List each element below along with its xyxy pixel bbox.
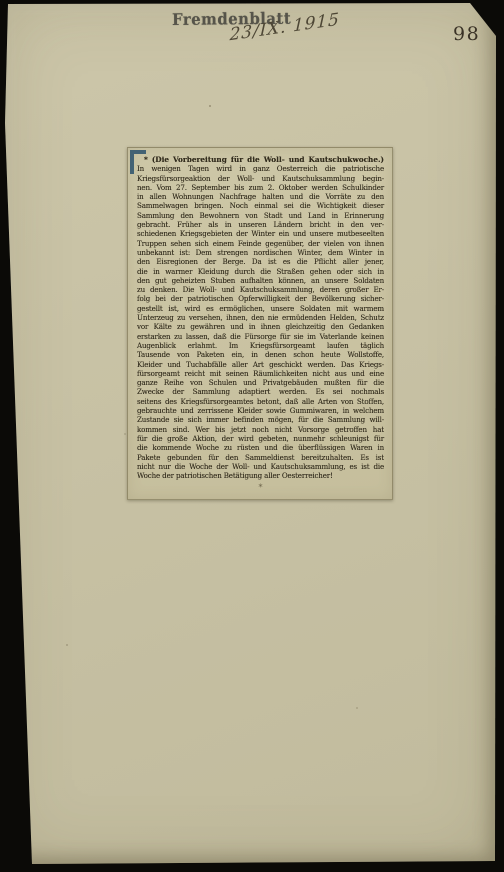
clipping-line: Truppen sehen sich einem Feinde gegenübe… [137,239,384,248]
clipping-line: kommen sind. Wer bis jetzt noch nicht Vo… [137,425,384,434]
separator-asterisk: * [137,483,384,492]
clipping-line: unbekannt ist: Dem strengen nordischen W… [137,248,384,257]
clipping-line: vor Kälte zu gewähren und in ihnen gleic… [137,322,384,331]
clipping-line: zu denken. Die Woll- und Kautschuksammlu… [137,285,384,294]
clipping-line: Sammelwagen bringen. Noch einmal sei die… [137,201,384,210]
clipping-line: die in warmer Kleidung durch die Straßen… [137,267,384,276]
clipping-line: Woche der patriotischen Betätigung aller… [137,471,384,480]
clipping-line: nen. Vom 27. September bis zum 2. Oktobe… [137,183,384,192]
clipping-line: nicht nur die Woche der Woll- und Kautsc… [137,462,384,471]
clipping-line: seitens des Kriegsfürsorgeamtes betont, … [137,397,384,406]
clipping-heading: * (Die Vorbereitung für die Woll- und Ka… [137,155,384,164]
clipping-line: in allen Wohnungen Nachfrage halten und … [137,192,384,201]
clipping-line: den Eisregionen der Berge. Da ist es die… [137,257,384,266]
clipping-line: ganze Reihe von Schulen und Privatgebäud… [137,378,384,387]
clipping-line: Sammlung den Bewohnern von Stadt und Lan… [137,211,384,220]
clipping-line: Unterzeug zu versehen, ihnen, den nie er… [137,313,384,322]
paper-specks [4,3,6,5]
clipping-line: erstarken zu lassen, daß die Fürsorge fü… [137,332,384,341]
scrapbook-page: Fremdenblatt 23/IX. 1915 98 * (Die Vorbe… [4,3,496,864]
clipping-line: Zwecke der Sammlung adaptiert werden. Es… [137,387,384,396]
clipping-line: Kleider und Tuchabfälle aller Art geschi… [137,360,384,369]
clipping-line: Tausende von Paketen ein, in denen schon… [137,350,384,359]
clipping-line: Zustande sie sich immer befinden mögen, … [137,415,384,424]
newspaper-clipping: * (Die Vorbereitung für die Woll- und Ka… [127,147,393,500]
clipping-line: fürsorgeamt reicht mit seinen Räumlichke… [137,369,384,378]
page-number: 98 [453,23,480,45]
clipping-line: Pakete gebunden für den Sammeldienst ber… [137,453,384,462]
clipping-line: folg bei der patriotischen Opferwilligke… [137,294,384,303]
clipping-line: die kommende Woche zu rüsten und die übe… [137,443,384,452]
clipping-line: Kriegsfürsorgeaktion der Woll- und Kauts… [137,174,384,183]
clipping-line: gebrauchte und zerrissene Kleider sowie … [137,406,384,415]
clipping-body: In wenigen Tagen wird in ganz Oesterreic… [137,164,384,480]
clipping-line: In wenigen Tagen wird in ganz Oesterreic… [137,164,384,173]
clipping-line: gestellt ist, wird es ermöglichen, unser… [137,304,384,313]
clipping-line: für die große Aktion, der wird gebeten, … [137,434,384,443]
clipping-line: schiedenen Kriegsgebieten der Winter ein… [137,229,384,238]
blue-corner-mark [130,150,146,174]
clipping-line: Augenblick erlahmt. Im Kriegsfürsorgeamt… [137,341,384,350]
clipping-line: den gut geheizten Stuben aufhalten könne… [137,276,384,285]
clipping-line: gebracht. Früher als in unseren Ländern … [137,220,384,229]
